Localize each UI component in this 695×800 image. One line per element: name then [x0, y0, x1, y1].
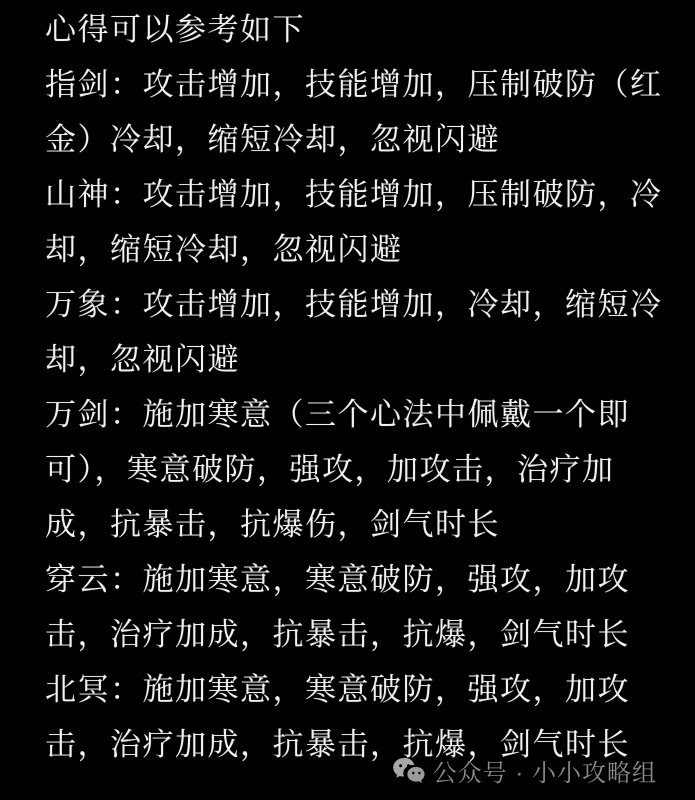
text-line: 却，缩短冷却，忽视闪避 — [45, 222, 675, 277]
article-screenshot: 心得可以参考如下 指剑：攻击增加，技能增加，压制破防（红 金）冷却，缩短冷却，忽… — [0, 0, 695, 800]
text-line: 山神：攻击增加，技能增加，压制破防，冷 — [45, 167, 675, 222]
text-line: 成，抗暴击，抗爆伤，剑气时长 — [45, 497, 675, 552]
text-line: 击，治疗加成，抗暴击，抗爆，剑气时长 — [45, 607, 675, 662]
text-line: 指剑：攻击增加，技能增加，压制破防（红 — [45, 57, 675, 112]
watermark: 公众号 · 小小攻略组 — [392, 753, 657, 788]
text-line: 心得可以参考如下 — [45, 2, 675, 57]
wechat-icon — [392, 757, 426, 785]
text-line: 金）冷却，缩短冷却，忽视闪避 — [45, 112, 675, 167]
text-line: 可），寒意破防，强攻，加攻击，治疗加 — [45, 442, 675, 497]
text-line: 万剑：施加寒意（三个心法中佩戴一个即 — [45, 387, 675, 442]
text-line: 北冥：施加寒意，寒意破防，强攻，加攻 — [45, 662, 675, 717]
text-line: 穿云：施加寒意，寒意破防，强攻，加攻 — [45, 552, 675, 607]
watermark-label: 公众号 · 小小攻略组 — [433, 753, 657, 788]
text-line: 万象：攻击增加，技能增加，冷却，缩短冷 — [45, 277, 675, 332]
text-line: 却，忽视闪避 — [45, 332, 675, 387]
guide-text-block: 心得可以参考如下 指剑：攻击增加，技能增加，压制破防（红 金）冷却，缩短冷却，忽… — [45, 2, 675, 772]
